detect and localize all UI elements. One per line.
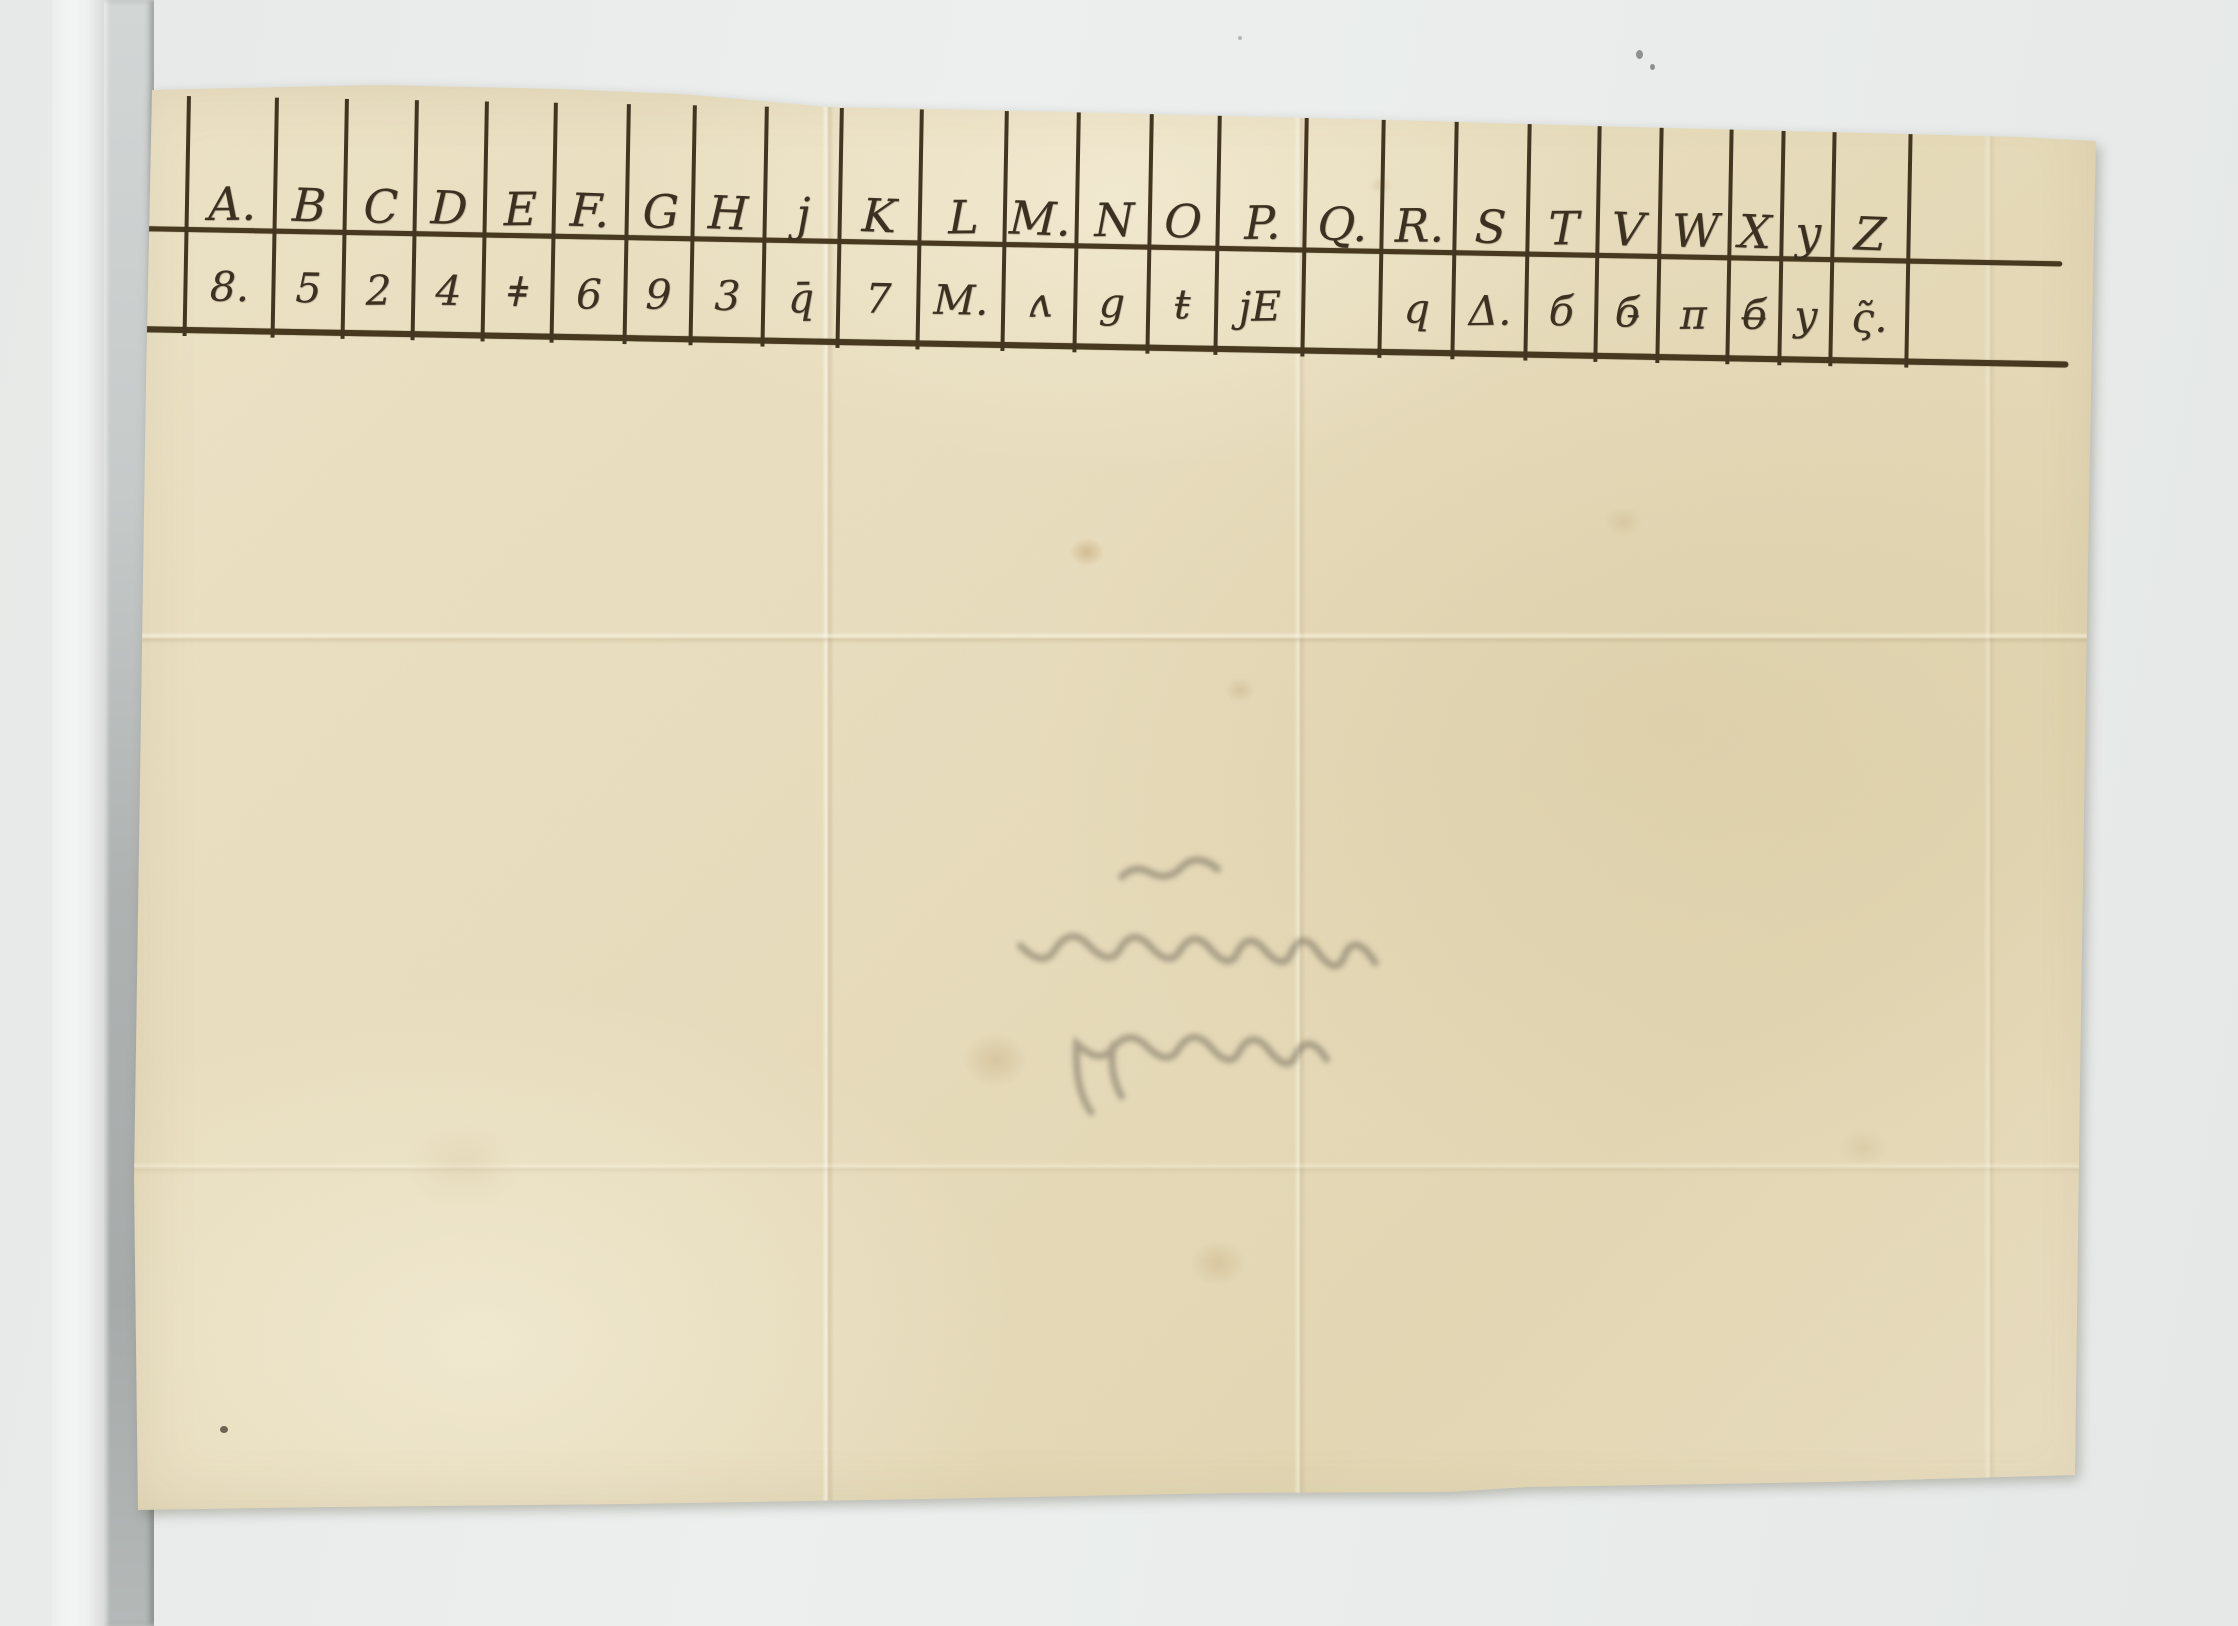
symbol-cell: ŧ bbox=[1149, 251, 1215, 354]
letter-cell: j bbox=[767, 107, 839, 245]
cipher-columns: A.8.B5C2D4EǂF.6G9H3jq̄K7LM.M.ʌNgOŧP.jEQ.… bbox=[183, 96, 1913, 368]
cipher-column-D: D4 bbox=[411, 100, 485, 341]
stain bbox=[1218, 672, 1262, 708]
cipher-column-R: R.q bbox=[1377, 118, 1454, 359]
letter-cell: A. bbox=[189, 97, 274, 235]
stain bbox=[1178, 1230, 1258, 1296]
ink-showthrough bbox=[851, 806, 1456, 1193]
symbol-cell: ʌ bbox=[1005, 249, 1074, 352]
cipher-column-E: Eǂ bbox=[481, 101, 554, 342]
symbol-cell: y bbox=[1781, 263, 1830, 366]
letter-cell: C bbox=[347, 99, 414, 237]
symbol-cell: M. bbox=[919, 247, 1002, 351]
letter-cell: P. bbox=[1220, 115, 1304, 253]
ink-dot bbox=[220, 1426, 228, 1433]
cipher-column-T: Tб bbox=[1523, 121, 1597, 362]
cipher-column-Z: Zς̃. bbox=[1828, 126, 1912, 367]
cipher-column-S: SΔ. bbox=[1450, 119, 1527, 360]
cipher-column-A: A.8. bbox=[183, 96, 275, 338]
letter-cell: M. bbox=[1005, 110, 1078, 250]
letter-cell: B bbox=[275, 97, 346, 237]
cipher-column-X: Xб̶ bbox=[1725, 124, 1781, 365]
letter-cell: X bbox=[1730, 124, 1783, 263]
cipher-column-L: LM. bbox=[915, 109, 1004, 351]
cipher-column-K: K7 bbox=[835, 108, 919, 349]
letter-cell: T bbox=[1530, 121, 1597, 259]
symbol-cell: б̵ bbox=[1597, 260, 1657, 363]
symbol-cell: 4 bbox=[415, 238, 483, 341]
symbol-cell: Δ. bbox=[1455, 257, 1525, 360]
scanned-page: { "document": { "kind": "handwritten cip… bbox=[0, 0, 2238, 1626]
symbol-cell: 2 bbox=[345, 237, 412, 340]
cipher-column-j: jq̄ bbox=[760, 107, 839, 348]
letter-cell: V bbox=[1598, 121, 1661, 261]
cipher-column-P: P.jE bbox=[1213, 115, 1304, 357]
symbol-cell: 8. bbox=[187, 234, 273, 338]
stain bbox=[1063, 532, 1111, 572]
document-paper: A.8.B5C2D4EǂF.6G9H3jq̄K7LM.M.ʌNgOŧP.jEQ.… bbox=[128, 80, 2108, 1516]
letter-cell: K bbox=[840, 107, 921, 248]
symbol-cell: б bbox=[1527, 258, 1595, 361]
letter-cell: S bbox=[1455, 119, 1529, 259]
symbol-cell: π bbox=[1660, 261, 1727, 364]
symbol-cell: q bbox=[1381, 256, 1452, 360]
letter-cell: R. bbox=[1384, 118, 1454, 256]
symbol-cell: ǂ bbox=[485, 239, 552, 342]
stain bbox=[378, 1100, 548, 1230]
symbol-cell: jE bbox=[1218, 253, 1302, 356]
letter-cell: W bbox=[1662, 123, 1729, 261]
cipher-column-V: Vб̵ bbox=[1593, 122, 1659, 363]
letter-cell: H bbox=[693, 105, 766, 245]
symbol-cell: б̶ bbox=[1729, 262, 1779, 365]
cipher-column-y: yy bbox=[1777, 125, 1832, 366]
cipher-column-B: B5 bbox=[271, 98, 345, 339]
letter-cell: E bbox=[487, 102, 553, 240]
letter-cell: Z bbox=[1833, 126, 1910, 266]
cipher-column-C: C2 bbox=[341, 99, 415, 340]
letter-cell: Q. bbox=[1305, 116, 1383, 256]
cipher-column-N: Ng bbox=[1072, 112, 1149, 353]
stain bbox=[1828, 1120, 1898, 1175]
cipher-column-H: H3 bbox=[688, 105, 764, 346]
symbol-cell: 6 bbox=[554, 241, 624, 344]
cipher-column-M: M.ʌ bbox=[1000, 111, 1076, 352]
symbol-cell: g bbox=[1076, 250, 1147, 354]
stain bbox=[1596, 500, 1651, 544]
cipher-column-G: G9 bbox=[622, 104, 692, 345]
cipher-column-Q: Q. bbox=[1300, 116, 1381, 357]
symbol-cell: 7 bbox=[839, 246, 917, 350]
symbol-cell bbox=[1304, 254, 1379, 358]
cipher-column-O: Oŧ bbox=[1145, 114, 1217, 355]
letter-cell: G bbox=[629, 104, 692, 242]
cipher-column-W: Wπ bbox=[1655, 123, 1729, 364]
letter-cell: O bbox=[1150, 113, 1219, 253]
cipher-column-F: F.6 bbox=[550, 103, 627, 344]
letter-cell: y bbox=[1784, 126, 1832, 264]
symbol-cell: ς̃. bbox=[1833, 264, 1906, 367]
letter-cell: F. bbox=[554, 102, 628, 242]
fold-crease-horizontal bbox=[128, 632, 2108, 644]
symbol-cell: 3 bbox=[692, 243, 762, 347]
letter-cell: N bbox=[1079, 113, 1149, 251]
letter-cell: L bbox=[922, 110, 1004, 248]
cipher-key-table: A.8.B5C2D4EǂF.6G9H3jq̄K7LM.M.ʌNgOŧP.jEQ.… bbox=[182, 94, 2117, 395]
letter-cell: D bbox=[415, 100, 486, 240]
symbol-cell: 9 bbox=[626, 242, 690, 345]
symbol-cell: 5 bbox=[275, 235, 343, 338]
paper-shadow-wrap: A.8.B5C2D4EǂF.6G9H3jq̄K7LM.M.ʌNgOŧP.jEQ.… bbox=[0, 0, 2238, 1626]
symbol-cell: q̄ bbox=[765, 245, 837, 348]
